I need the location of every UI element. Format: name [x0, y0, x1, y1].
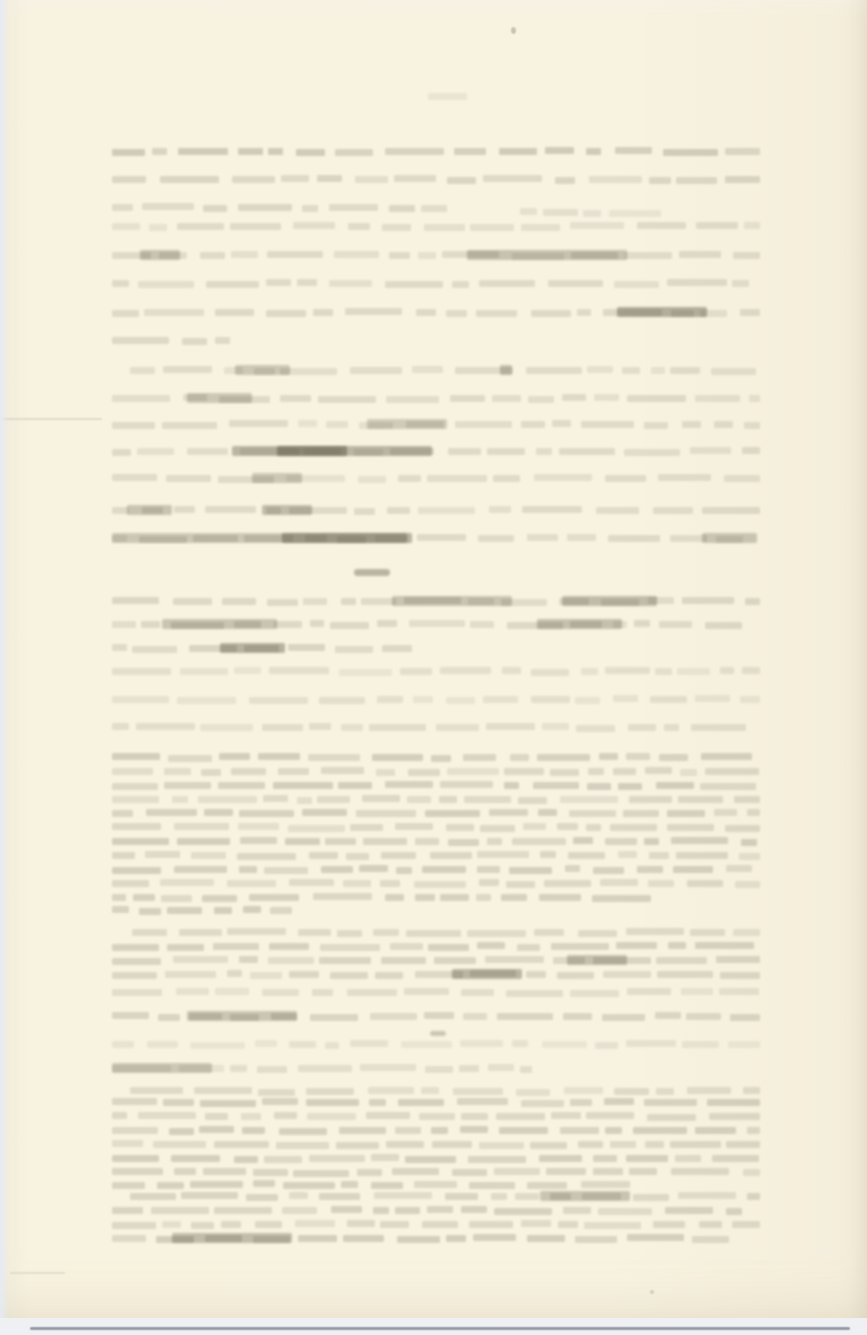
illegible-word-smudge	[112, 796, 159, 803]
illegible-word-smudge	[238, 148, 263, 155]
illegible-word-smudge	[401, 1041, 452, 1048]
illegible-word-smudge	[262, 989, 299, 996]
illegible-word-smudge	[557, 823, 578, 830]
illegible-word-smudge	[499, 1127, 548, 1134]
illegible-word-smudge	[542, 723, 570, 730]
illegible-word-smudge	[373, 929, 399, 936]
dark-ink-run	[252, 473, 302, 483]
illegible-word-smudge	[667, 824, 714, 831]
illegible-word-smudge	[568, 852, 604, 859]
illegible-word-smudge	[258, 1089, 295, 1096]
illegible-word-smudge	[726, 1208, 742, 1215]
illegible-word-smudge	[705, 768, 759, 775]
illegible-word-smudge	[194, 1087, 252, 1094]
illegible-word-smudge	[569, 810, 617, 817]
illegible-word-smudge	[268, 957, 314, 964]
illegible-word-smudge	[231, 768, 266, 775]
illegible-word-smudge	[373, 1207, 389, 1214]
illegible-word-smudge	[257, 1066, 287, 1073]
illegible-word-smudge	[132, 646, 177, 653]
illegible-word-smudge	[479, 280, 535, 287]
illegible-word-smudge	[470, 224, 514, 231]
illegible-word-smudge	[658, 474, 711, 481]
illegible-word-smudge	[255, 1221, 282, 1228]
illegible-word-smudge	[371, 1154, 398, 1161]
illegible-word-smudge	[406, 930, 461, 937]
illegible-word-smudge	[605, 667, 650, 674]
illegible-word-smudge	[430, 852, 472, 859]
illegible-word-smudge	[626, 928, 684, 935]
illegible-word-smudge	[616, 942, 657, 949]
dark-ink-run	[277, 446, 347, 456]
illegible-word-smudge	[279, 1128, 327, 1135]
illegible-word-smudge	[596, 507, 640, 514]
illegible-word-smudge	[682, 597, 734, 604]
illegible-word-smudge	[407, 796, 432, 803]
illegible-word-smudge	[326, 421, 348, 428]
illegible-word-smudge	[214, 1207, 272, 1214]
illegible-word-smudge	[112, 1112, 127, 1119]
illegible-word-smudge	[664, 724, 679, 731]
illegible-word-smudge	[415, 894, 435, 901]
illegible-word-smudge	[334, 251, 378, 258]
illegible-word-smudge	[112, 768, 153, 775]
illegible-word-smudge	[560, 1127, 600, 1134]
illegible-word-smudge	[655, 668, 672, 675]
illegible-word-smudge	[147, 1041, 178, 1048]
illegible-word-smudge	[714, 421, 733, 428]
illegible-word-smudge	[157, 1182, 185, 1189]
illegible-word-smudge	[628, 724, 656, 731]
illegible-word-smudge	[230, 1065, 247, 1072]
illegible-word-smudge	[160, 879, 214, 886]
illegible-word-smudge	[622, 367, 640, 374]
text-line	[112, 1140, 760, 1149]
illegible-word-smudge	[453, 1088, 503, 1095]
illegible-word-smudge	[593, 1155, 617, 1162]
illegible-word-smudge	[701, 753, 752, 760]
illegible-word-smudge	[306, 1088, 354, 1095]
illegible-word-smudge	[136, 723, 195, 730]
illegible-word-smudge	[623, 810, 659, 817]
illegible-word-smudge	[382, 224, 410, 231]
illegible-word-smudge	[422, 866, 467, 873]
illegible-word-smudge	[239, 956, 258, 963]
illegible-word-smudge	[249, 697, 308, 704]
illegible-word-smudge	[747, 809, 760, 816]
text-line	[112, 753, 760, 762]
text-line	[130, 1087, 760, 1096]
illegible-word-smudge	[676, 177, 717, 184]
illegible-word-smudge	[563, 1013, 593, 1020]
text-line	[112, 1168, 760, 1177]
illegible-word-smudge	[415, 838, 439, 845]
illegible-word-smudge	[289, 1192, 308, 1199]
illegible-word-smudge	[112, 783, 158, 790]
illegible-word-smudge	[656, 782, 694, 789]
illegible-word-smudge	[440, 667, 491, 674]
illegible-word-smudge	[395, 1207, 420, 1214]
illegible-word-smudge	[387, 507, 410, 514]
text-line	[130, 1192, 760, 1201]
ink-dash	[430, 1031, 446, 1036]
text-line	[112, 1220, 760, 1229]
illegible-word-smudge	[206, 281, 259, 288]
illegible-word-smudge	[644, 422, 668, 429]
dark-ink-run	[392, 596, 512, 606]
illegible-word-smudge	[298, 929, 331, 936]
dark-ink-run	[617, 307, 707, 317]
illegible-word-smudge	[581, 1181, 630, 1188]
illegible-word-smudge	[733, 252, 760, 259]
illegible-word-smudge	[483, 696, 517, 703]
illegible-word-smudge	[278, 768, 309, 775]
illegible-word-smudge	[605, 475, 646, 482]
illegible-word-smudge	[479, 1142, 524, 1149]
illegible-word-smudge	[665, 1207, 714, 1214]
illegible-word-smudge	[592, 895, 651, 902]
illegible-word-smudge	[656, 957, 707, 964]
illegible-word-smudge	[253, 1180, 275, 1187]
illegible-word-smudge	[627, 988, 671, 995]
illegible-word-smudge	[534, 929, 564, 936]
illegible-word-smudge	[266, 310, 305, 317]
illegible-word-smudge	[309, 852, 338, 859]
illegible-word-smudge	[112, 1235, 146, 1242]
illegible-word-smudge	[166, 475, 211, 482]
illegible-word-smudge	[739, 853, 760, 860]
illegible-word-smudge	[141, 621, 160, 628]
illegible-word-smudge	[190, 1181, 243, 1188]
illegible-word-smudge	[460, 1126, 489, 1133]
illegible-word-smudge	[200, 1100, 256, 1107]
illegible-word-smudge	[112, 149, 145, 156]
illegible-word-smudge	[593, 1168, 623, 1175]
illegible-word-smudge	[690, 447, 731, 454]
illegible-word-smudge	[567, 534, 596, 541]
illegible-word-smudge	[297, 797, 312, 804]
illegible-word-smudge	[726, 865, 752, 872]
illegible-word-smudge	[237, 853, 296, 860]
illegible-word-smudge	[418, 252, 436, 259]
illegible-word-smudge	[112, 1127, 158, 1134]
illegible-word-smudge	[678, 1192, 736, 1199]
illegible-word-smudge	[570, 1099, 592, 1106]
text-line	[112, 147, 760, 156]
illegible-word-smudge	[174, 1168, 196, 1175]
illegible-word-smudge	[663, 149, 719, 156]
illegible-word-smudge	[112, 474, 157, 481]
illegible-word-smudge	[419, 1113, 455, 1120]
illegible-word-smudge	[312, 989, 333, 996]
illegible-word-smudge	[614, 281, 660, 288]
illegible-word-smudge	[347, 989, 397, 996]
illegible-word-smudge	[531, 669, 569, 676]
illegible-word-smudge	[515, 1193, 539, 1200]
illegible-word-smudge	[390, 943, 424, 950]
illegible-word-smudge	[288, 644, 326, 651]
illegible-word-smudge	[219, 753, 250, 760]
illegible-word-smudge	[330, 972, 367, 979]
illegible-word-smudge	[359, 865, 387, 872]
illegible-word-smudge	[499, 148, 538, 155]
illegible-word-smudge	[539, 894, 581, 901]
illegible-word-smudge	[600, 879, 638, 886]
illegible-word-smudge	[336, 1142, 379, 1149]
text-line	[112, 893, 672, 902]
illegible-word-smudge	[218, 782, 266, 789]
illegible-word-smudge	[167, 907, 202, 914]
illegible-word-smudge	[249, 894, 299, 901]
illegible-word-smudge	[112, 668, 171, 675]
illegible-word-smudge	[296, 149, 324, 156]
illegible-word-smudge	[274, 1112, 297, 1119]
illegible-word-smudge	[273, 782, 332, 789]
ink-speck	[511, 27, 516, 34]
illegible-word-smudge	[187, 448, 228, 455]
illegible-word-smudge	[502, 667, 520, 674]
illegible-word-smudge	[494, 1168, 540, 1175]
illegible-word-smudge	[385, 894, 404, 901]
illegible-word-smudge	[421, 205, 447, 212]
illegible-word-smudge	[682, 421, 702, 428]
illegible-word-smudge	[397, 1236, 440, 1243]
illegible-word-smudge	[112, 723, 129, 730]
illegible-word-smudge	[624, 449, 679, 456]
illegible-word-smudge	[732, 280, 749, 287]
illegible-word-smudge	[112, 1182, 145, 1189]
illegible-word-smudge	[293, 222, 334, 229]
illegible-word-smudge	[494, 1208, 552, 1215]
illegible-word-smudge	[112, 621, 136, 628]
illegible-word-smudge	[564, 1087, 603, 1094]
illegible-word-smudge	[163, 1099, 194, 1106]
illegible-word-smudge	[477, 942, 506, 949]
text-line	[112, 781, 760, 790]
illegible-word-smudge	[687, 1087, 731, 1094]
illegible-word-smudge	[448, 448, 481, 455]
illegible-word-smudge	[298, 1065, 353, 1072]
illegible-word-smudge	[205, 506, 256, 513]
illegible-word-smudge	[374, 1192, 432, 1199]
illegible-word-smudge	[227, 970, 242, 977]
illegible-word-smudge	[112, 1168, 163, 1175]
illegible-word-smudge	[510, 754, 529, 761]
illegible-word-smudge	[112, 1012, 149, 1019]
illegible-word-smudge	[594, 394, 620, 401]
illegible-word-smudge	[675, 1155, 701, 1162]
illegible-word-smudge	[651, 367, 665, 374]
illegible-word-smudge	[191, 852, 227, 859]
illegible-word-smudge	[733, 929, 760, 936]
illegible-word-smudge	[163, 366, 212, 373]
illegible-word-smudge	[240, 837, 277, 844]
illegible-word-smudge	[404, 988, 450, 995]
illegible-word-smudge	[335, 149, 373, 156]
illegible-word-smudge	[649, 852, 670, 859]
illegible-word-smudge	[161, 895, 192, 902]
illegible-word-smudge	[558, 1221, 578, 1228]
illegible-word-smudge	[112, 1155, 159, 1162]
illegible-word-smudge	[168, 755, 213, 762]
illegible-word-smudge	[720, 667, 734, 674]
illegible-word-smudge	[644, 838, 659, 845]
illegible-word-smudge	[506, 990, 563, 997]
illegible-word-smudge	[536, 448, 552, 455]
illegible-word-smudge	[681, 988, 712, 995]
illegible-word-smudge	[242, 1127, 266, 1134]
dark-ink-run	[562, 596, 657, 606]
illegible-word-smudge	[264, 867, 308, 874]
illegible-word-smudge	[434, 957, 476, 964]
illegible-word-smudge	[613, 695, 638, 702]
illegible-word-smudge	[602, 1014, 645, 1021]
illegible-word-smudge	[222, 598, 256, 605]
illegible-word-smudge	[504, 782, 519, 789]
illegible-word-smudge	[350, 367, 402, 374]
illegible-word-smudge	[744, 422, 760, 429]
illegible-word-smudge	[339, 1127, 386, 1134]
illegible-word-smudge	[595, 1042, 619, 1049]
illegible-word-smudge	[550, 769, 579, 776]
illegible-word-smudge	[320, 944, 380, 951]
text-line	[112, 447, 760, 456]
illegible-word-smudge	[112, 1041, 134, 1048]
illegible-word-smudge	[655, 1012, 680, 1019]
illegible-word-smudge	[533, 782, 579, 789]
illegible-word-smudge	[395, 1127, 422, 1134]
illegible-word-smudge	[204, 809, 233, 816]
text-line	[112, 695, 760, 704]
illegible-word-smudge	[386, 396, 439, 403]
illegible-word-smudge	[459, 1065, 480, 1072]
illegible-word-smudge	[485, 956, 544, 963]
scan-bottom-margin	[0, 1318, 867, 1335]
illegible-word-smudge	[276, 1142, 329, 1149]
text-line	[112, 1040, 760, 1049]
illegible-word-smudge	[618, 783, 642, 790]
illegible-word-smudge	[319, 697, 365, 704]
illegible-word-smudge	[354, 508, 376, 515]
illegible-word-smudge	[281, 175, 310, 182]
illegible-word-smudge	[422, 1221, 458, 1228]
illegible-word-smudge	[527, 1235, 566, 1242]
illegible-word-smudge	[297, 279, 316, 286]
illegible-word-smudge	[679, 251, 722, 258]
illegible-word-smudge	[309, 723, 331, 730]
illegible-word-smudge	[416, 309, 436, 316]
illegible-word-smudge	[447, 768, 499, 775]
illegible-word-smudge	[341, 724, 363, 731]
illegible-word-smudge	[112, 852, 135, 859]
illegible-word-smudge	[735, 881, 760, 888]
dark-ink-run	[162, 619, 277, 629]
illegible-word-smudge	[686, 1013, 720, 1020]
illegible-word-smudge	[440, 894, 470, 901]
text-line	[112, 823, 760, 832]
illegible-word-smudge	[230, 223, 281, 230]
illegible-word-smudge	[497, 1013, 553, 1020]
illegible-word-smudge	[112, 1222, 156, 1229]
illegible-word-smudge	[269, 943, 309, 950]
illegible-word-smudge	[232, 176, 275, 183]
illegible-word-smudge	[469, 1221, 513, 1228]
illegible-word-smudge	[427, 475, 487, 482]
illegible-word-smudge	[381, 957, 426, 964]
illegible-word-smudge	[613, 768, 636, 775]
illegible-word-smudge	[338, 782, 372, 789]
illegible-word-smudge	[538, 809, 557, 816]
illegible-word-smudge	[452, 1169, 487, 1176]
text-line	[112, 1126, 760, 1135]
illegible-word-smudge	[425, 1066, 453, 1073]
illegible-word-smudge	[182, 338, 207, 345]
illegible-word-smudge	[552, 420, 571, 427]
illegible-word-smudge	[253, 1169, 287, 1176]
illegible-word-smudge	[424, 1012, 454, 1019]
illegible-word-smudge	[712, 1155, 759, 1162]
illegible-word-smudge	[610, 824, 657, 831]
illegible-word-smudge	[303, 598, 327, 605]
illegible-word-smudge	[696, 222, 737, 229]
illegible-word-smudge	[112, 906, 129, 913]
illegible-word-smudge	[112, 223, 140, 230]
illegible-word-smudge	[380, 1221, 409, 1228]
illegible-word-smudge	[231, 251, 258, 258]
illegible-word-smudge	[526, 367, 582, 374]
illegible-word-smudge	[680, 769, 697, 776]
illegible-word-smudge	[239, 810, 293, 817]
illegible-word-smudge	[368, 1087, 414, 1094]
illegible-word-smudge	[700, 783, 756, 790]
illegible-word-smudge	[677, 668, 709, 675]
illegible-word-smudge	[586, 148, 601, 155]
illegible-word-smudge	[518, 797, 547, 804]
illegible-word-smudge	[520, 208, 537, 215]
illegible-word-smudge	[516, 1089, 551, 1096]
illegible-word-smudge	[626, 1040, 676, 1047]
illegible-word-smudge	[483, 175, 542, 182]
illegible-word-smudge	[385, 781, 433, 788]
illegible-word-smudge	[345, 308, 403, 315]
illegible-word-smudge	[350, 1040, 387, 1047]
illegible-word-smudge	[586, 824, 601, 831]
illegible-word-smudge	[173, 598, 213, 605]
illegible-word-smudge	[385, 281, 442, 288]
illegible-word-smudge	[172, 796, 188, 803]
illegible-word-smudge	[479, 879, 499, 886]
illegible-word-smudge	[133, 894, 155, 901]
dark-ink-run	[567, 955, 627, 965]
illegible-word-smudge	[527, 534, 558, 541]
illegible-word-smudge	[657, 971, 714, 978]
illegible-word-smudge	[470, 621, 494, 628]
illegible-word-smudge	[545, 147, 574, 154]
illegible-word-smudge	[521, 1220, 550, 1227]
illegible-word-smudge	[200, 252, 225, 259]
illegible-word-smudge	[310, 1014, 358, 1021]
illegible-word-smudge	[201, 769, 221, 776]
illegible-word-smudge	[295, 1220, 335, 1227]
illegible-word-smudge	[473, 1234, 516, 1241]
illegible-word-smudge	[448, 839, 479, 846]
illegible-word-smudge	[330, 622, 369, 629]
illegible-word-smudge	[452, 281, 469, 288]
illegible-word-smudge	[174, 823, 228, 830]
illegible-word-smudge	[215, 337, 230, 344]
illegible-word-smudge	[461, 989, 494, 996]
illegible-word-smudge	[255, 1040, 277, 1047]
